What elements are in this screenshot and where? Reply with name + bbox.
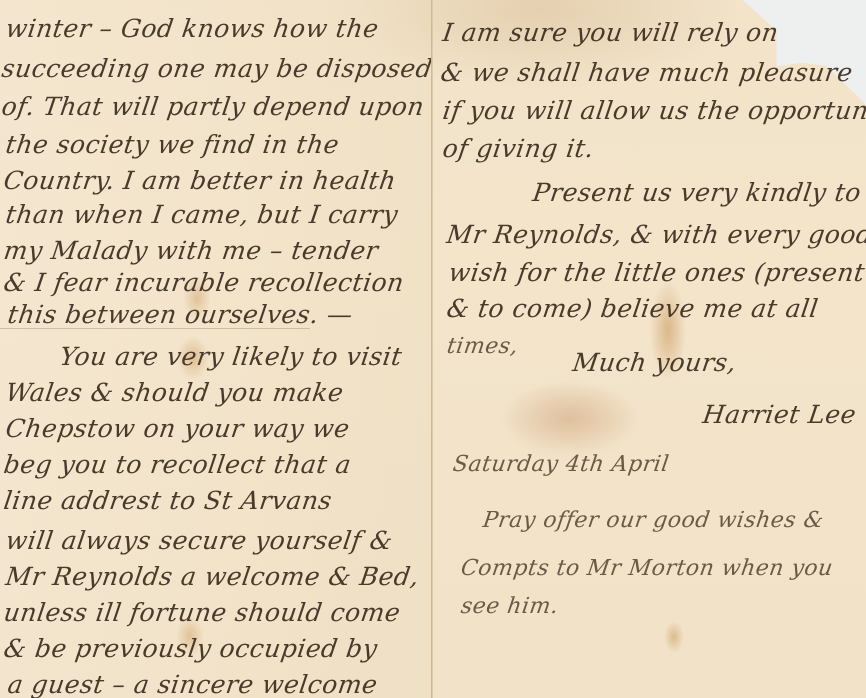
left-line-14: line addrest to St Arvans bbox=[2, 486, 334, 515]
right-line-1: I am sure you will rely on bbox=[441, 18, 781, 47]
postscript-line-1: Pray offer our good wishes & bbox=[481, 508, 825, 533]
left-line-6: than when I came, but I carry bbox=[4, 200, 400, 229]
right-page: I am sure you will rely on & we shall ha… bbox=[433, 0, 866, 698]
left-line-11: Wales & should you make bbox=[4, 378, 346, 407]
left-line-15: will always secure yourself & bbox=[4, 526, 395, 555]
left-line-2: succeeding one may be disposed bbox=[0, 54, 434, 83]
right-line-2: & we shall have much pleasure bbox=[439, 58, 855, 87]
left-page: winter – God knows how the succeeding on… bbox=[0, 0, 432, 698]
left-line-10: You are very likely to visit bbox=[58, 342, 404, 371]
right-line-7: wish for the little ones (present bbox=[447, 258, 866, 287]
postscript-line-3: see him. bbox=[459, 594, 560, 619]
left-line-18: & be previously occupied by bbox=[2, 634, 379, 663]
right-line-8: & to come) believe me at all bbox=[445, 294, 820, 323]
left-line-1: winter – God knows how the bbox=[4, 14, 381, 43]
left-line-5: Country. I am better in health bbox=[2, 166, 398, 195]
divider-rule bbox=[0, 328, 310, 329]
right-line-5: Present us very kindly to bbox=[531, 178, 863, 207]
left-line-3: of. That will partly depend upon bbox=[0, 92, 426, 121]
closing: Much yours, bbox=[571, 348, 738, 377]
stamp-smudge bbox=[500, 382, 640, 452]
left-line-4: the society we find in the bbox=[4, 130, 341, 159]
right-line-4: of giving it. bbox=[441, 134, 596, 163]
left-line-9: this between ourselves. — bbox=[6, 300, 355, 329]
postscript-line-2: Compts to Mr Morton when you bbox=[459, 556, 834, 581]
left-line-19: a guest – a sincere welcome bbox=[6, 670, 380, 698]
left-line-12: Chepstow on your way we bbox=[4, 414, 352, 443]
signature: Harriet Lee bbox=[701, 400, 858, 429]
right-line-6: Mr Reynolds, & with every good bbox=[445, 220, 866, 249]
left-line-17: unless ill fortune should come bbox=[2, 598, 402, 627]
right-line-9: times, bbox=[445, 334, 520, 359]
left-line-16: Mr Reynolds a welcome & Bed, bbox=[4, 562, 421, 591]
left-line-13: beg you to recollect that a bbox=[2, 450, 353, 479]
dateline: Saturday 4th April bbox=[451, 452, 670, 477]
right-line-3: if you will allow us the opportunity bbox=[441, 96, 866, 125]
left-line-7: my Malady with me – tender bbox=[2, 236, 380, 265]
left-line-8: & I fear incurable recollection bbox=[2, 268, 406, 297]
